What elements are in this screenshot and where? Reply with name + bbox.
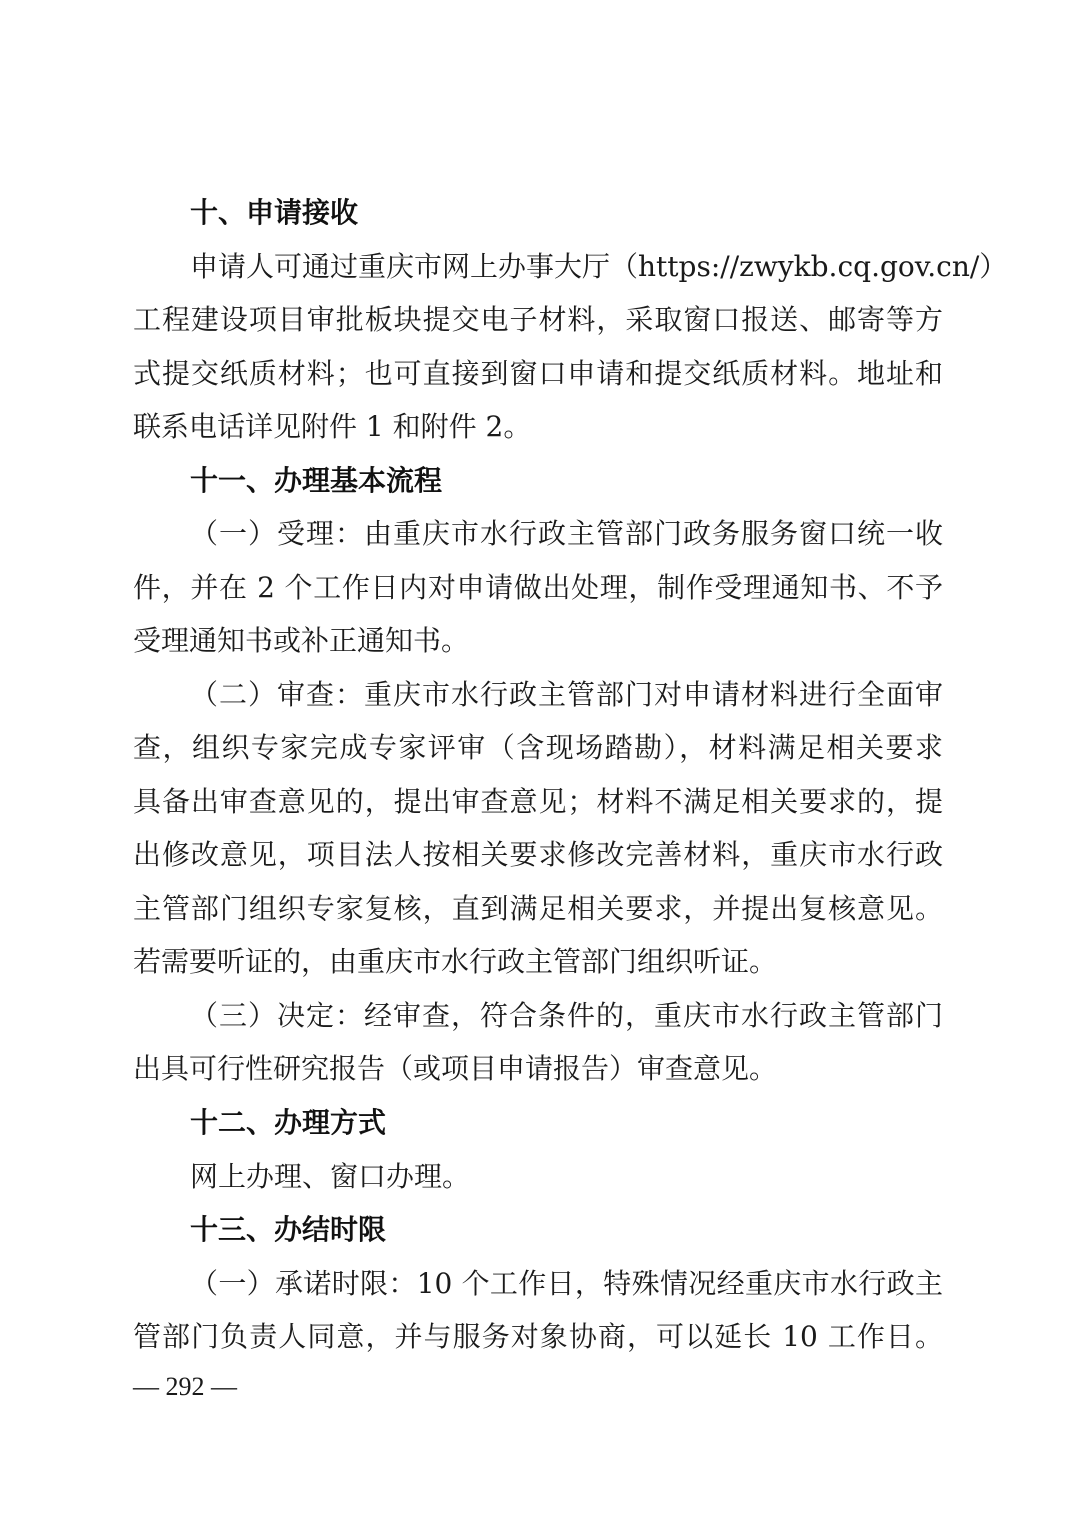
paragraph-line: 件，并在 2 个工作日内对申请做出处理，制作受理通知书、不予 — [133, 568, 943, 608]
document-page: 十、申请接收 申请人可通过重庆市网上办事大厅（https://zwykb.cq.… — [0, 0, 1074, 1520]
page-number: — 292 — — [133, 1372, 237, 1402]
paragraph-line: 主管部门组织专家复核，直到满足相关要求，并提出复核意见。 — [133, 889, 943, 929]
paragraph-line: 式提交纸质材料；也可直接到窗口申请和提交纸质材料。地址和 — [133, 354, 943, 394]
paragraph-line: 出具可行性研究报告（或项目申请报告）审查意见。 — [133, 1049, 943, 1089]
paragraph-line: 受理通知书或补正通知书。 — [133, 621, 943, 661]
section-heading-13: 十三、办结时限 — [190, 1210, 386, 1250]
paragraph-line: 具备出审查意见的，提出审查意见；材料不满足相关要求的，提 — [133, 782, 943, 822]
paragraph-line: 工程建设项目审批板块提交电子材料，采取窗口报送、邮寄等方 — [133, 300, 943, 340]
section-heading-12: 十二、办理方式 — [190, 1103, 386, 1143]
paragraph-line: （三）决定：经审查，符合条件的，重庆市水行政主管部门 — [190, 996, 943, 1036]
paragraph-line: 查，组织专家完成专家评审（含现场踏勘），材料满足相关要求 — [133, 728, 943, 768]
paragraph-line: 管部门负责人同意，并与服务对象协商，可以延长 10 工作日。 — [133, 1317, 943, 1357]
paragraph-line: 出修改意见，项目法人按相关要求修改完善材料，重庆市水行政 — [133, 835, 943, 875]
paragraph-line: 联系电话详见附件 1 和附件 2。 — [133, 407, 943, 447]
section-heading-11: 十一、办理基本流程 — [190, 461, 442, 501]
paragraph-line: 网上办理、窗口办理。 — [190, 1157, 943, 1197]
paragraph-line: （一）承诺时限：10 个工作日，特殊情况经重庆市水行政主 — [190, 1264, 943, 1304]
paragraph-line: 申请人可通过重庆市网上办事大厅（https://zwykb.cq.gov.cn/… — [190, 247, 943, 287]
section-heading-10: 十、申请接收 — [190, 193, 358, 233]
paragraph-line: 若需要听证的，由重庆市水行政主管部门组织听证。 — [133, 942, 943, 982]
paragraph-line: （一）受理：由重庆市水行政主管部门政务服务窗口统一收 — [190, 514, 943, 554]
paragraph-line: （二）审查：重庆市水行政主管部门对申请材料进行全面审 — [190, 675, 943, 715]
